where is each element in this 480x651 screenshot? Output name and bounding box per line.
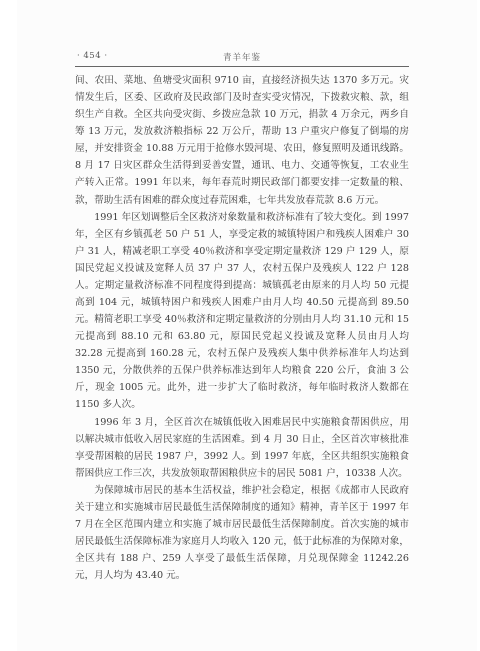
header-rule [75, 66, 409, 67]
body-text: 间、农田、菜地、鱼塘受灾面积 9710 亩，直接经济损失达 1370 多万元。灾… [75, 72, 409, 584]
paragraph-disaster-relief: 间、农田、菜地、鱼塘受灾面积 9710 亩，直接经济损失达 1370 多万元。灾… [75, 72, 409, 209]
paragraph-minimum-living-guarantee: 为保障城市居民的基本生活权益，维护社会稳定，根据《成都市人民政府关于建立和实施城… [75, 482, 409, 584]
running-header: · 454 · 青羊年鉴 [75, 51, 409, 65]
book-title: 青羊年鉴 [75, 51, 409, 63]
paragraph-grain-assistance: 1996 年 3 月，全区首次在城镇低收入困难居民中实施粮食帮困供应，用以解决城… [75, 414, 409, 482]
paragraph-relief-standards: 1991 年区划调整后全区救济对象数量和救济标准有了较大变化。到 1997 年，… [75, 209, 409, 414]
